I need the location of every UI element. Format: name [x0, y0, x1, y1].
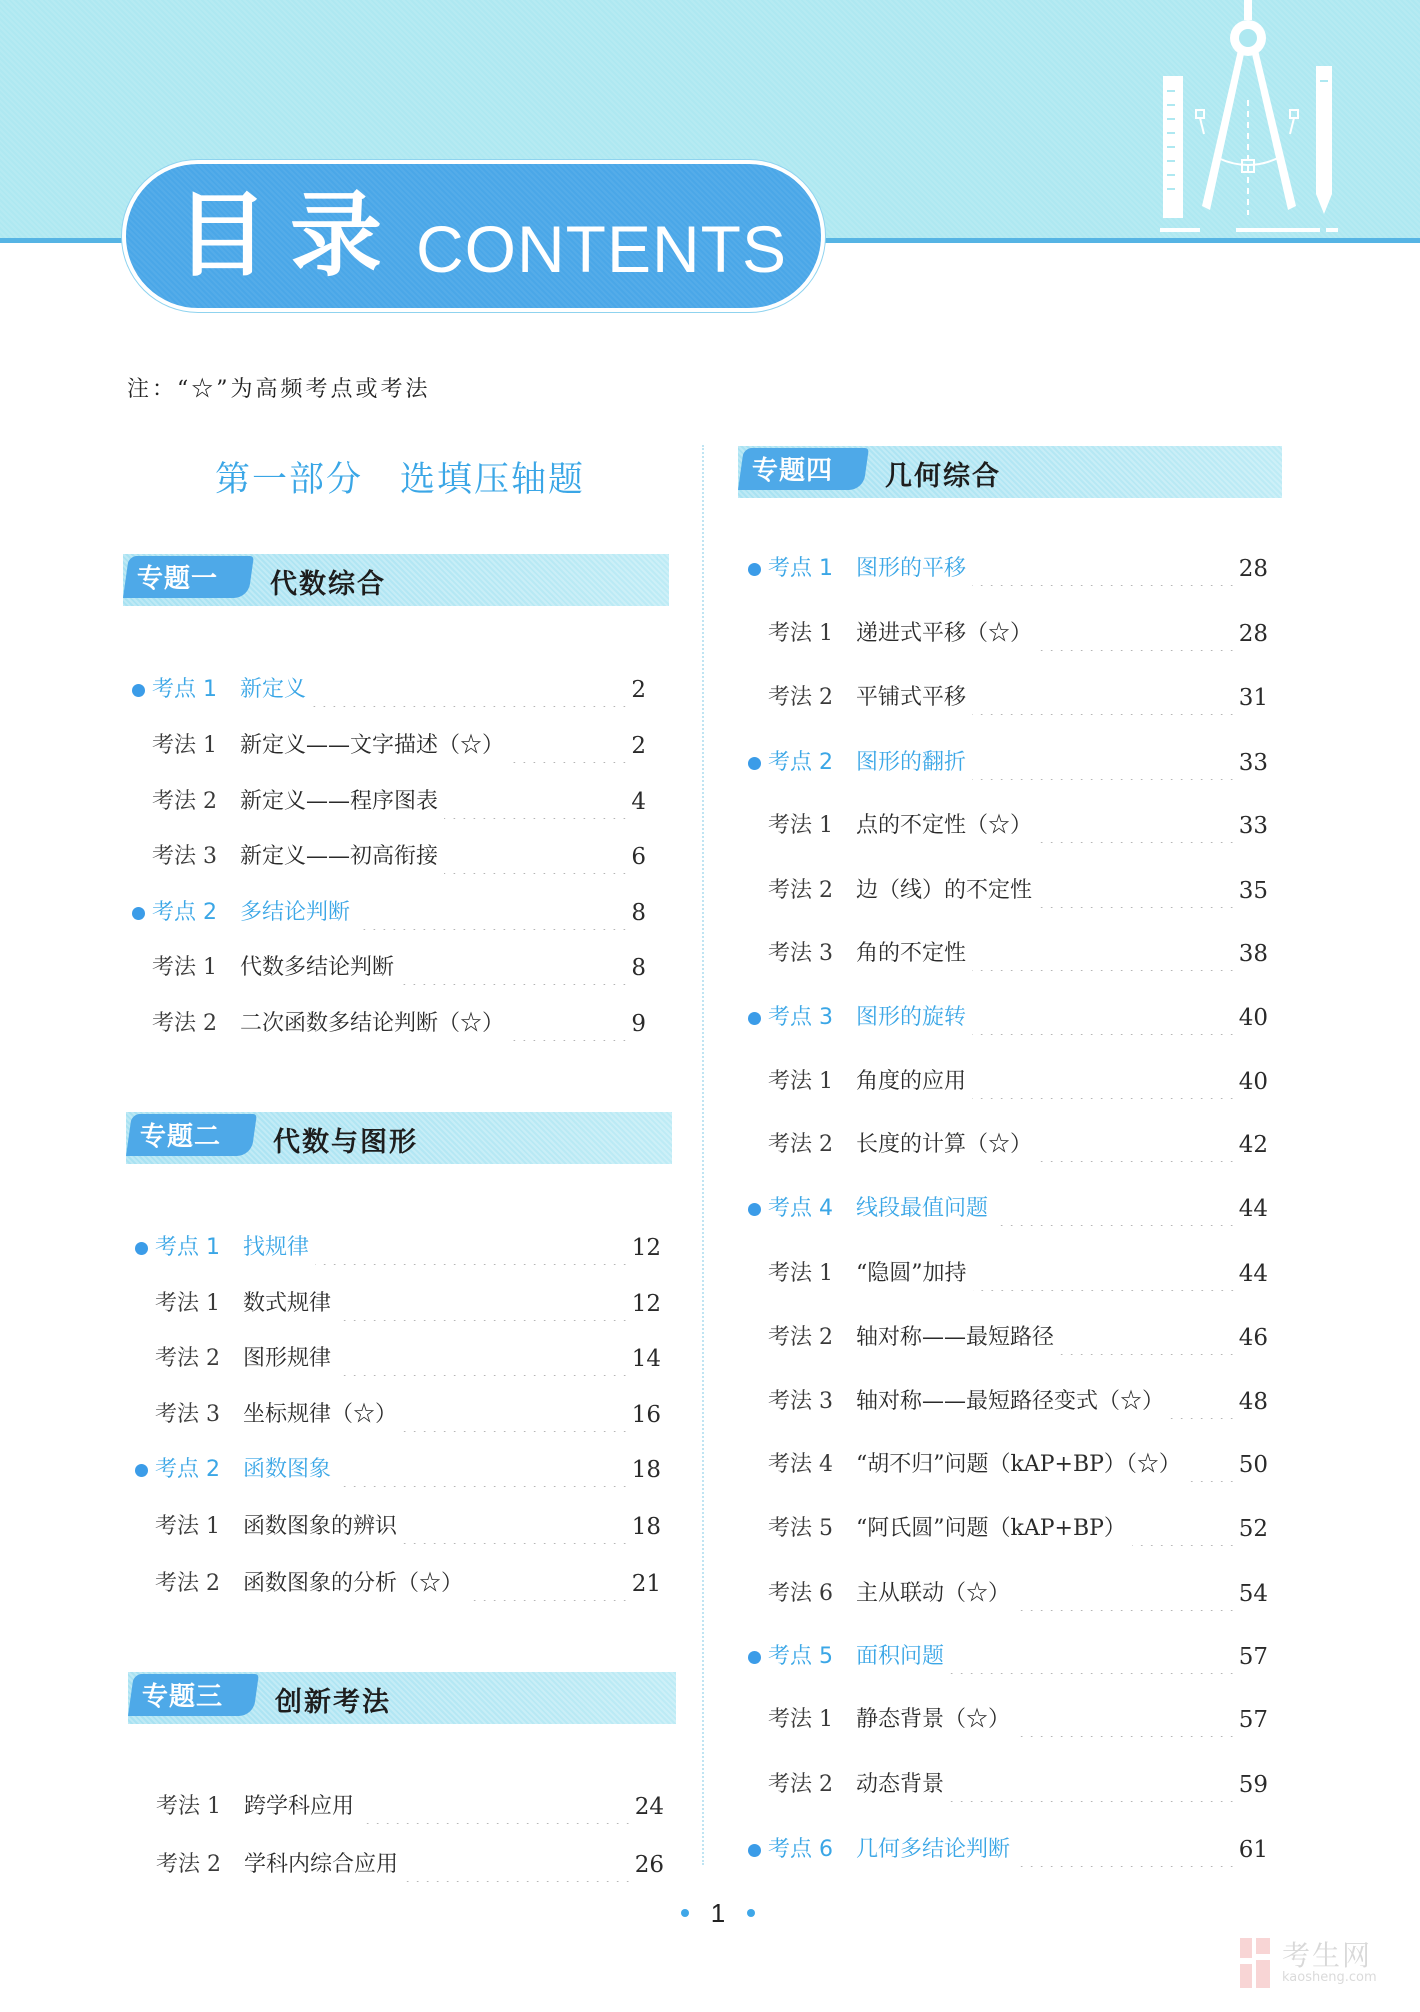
toc-entry[interactable]: 考法 1 角度的应用 40 — [768, 1065, 1268, 1099]
entry-label: 考法 2 — [152, 785, 240, 819]
toc-entry[interactable]: 考法 4 “胡不归”问题（kAP+BP）（☆） 50 — [768, 1448, 1268, 1482]
leader-dots — [972, 1001, 1237, 1035]
section-title: 代数综合 — [270, 562, 386, 601]
toc-entry[interactable]: 考点 1 新定义 2 — [152, 673, 646, 707]
leader-dots — [972, 1065, 1237, 1099]
leader-dots — [1038, 617, 1237, 651]
entry-title: 递进式平移（☆） — [856, 617, 1036, 651]
entry-page: 16 — [632, 1398, 661, 1432]
entry-page: 21 — [632, 1567, 661, 1601]
toc-entry[interactable]: 考法 3 新定义——初高衔接 6 — [152, 840, 646, 874]
leader-dots — [356, 896, 629, 930]
entry-page: 26 — [635, 1848, 664, 1882]
entry-title: 函数图象 — [243, 1453, 335, 1487]
entry-page: 44 — [1239, 1257, 1268, 1291]
entry-title: 角的不定性 — [856, 937, 970, 971]
entry-label: 考法 1 — [152, 951, 240, 985]
entry-label: 考法 2 — [768, 681, 856, 715]
entry-page: 14 — [632, 1342, 661, 1376]
leader-dots — [444, 840, 629, 874]
leader-dots — [403, 1510, 630, 1544]
leader-dots — [403, 1398, 630, 1432]
entry-page: 28 — [1239, 617, 1268, 651]
contents-title-pill: 目录 CONTENTS — [122, 160, 825, 312]
entry-page: 9 — [631, 1007, 646, 1041]
entry-label: 考法 1 — [768, 1065, 856, 1099]
entry-page: 38 — [1239, 937, 1268, 971]
entry-page: 35 — [1239, 874, 1268, 908]
entry-page: 46 — [1239, 1321, 1268, 1355]
section-header-4: 专题四 几何综合 — [738, 446, 1282, 498]
entry-title: “隐圆”加持 — [856, 1257, 971, 1291]
entry-label: 考法 3 — [768, 1385, 856, 1419]
entry-label: 考法 5 — [768, 1512, 856, 1546]
dot-icon — [747, 1909, 755, 1917]
entry-label: 考点 3 — [768, 1001, 856, 1035]
entry-page: 42 — [1239, 1128, 1268, 1162]
entry-page: 33 — [1239, 809, 1268, 843]
toc-entry[interactable]: 考法 1 “隐圆”加持 44 — [768, 1257, 1268, 1291]
toc-entry[interactable]: 考法 1 新定义——文字描述（☆） 2 — [152, 729, 646, 763]
leader-dots — [400, 951, 629, 985]
entry-label: 考法 1 — [155, 1510, 243, 1544]
entry-page: 6 — [631, 840, 646, 874]
toc-entry[interactable]: 考点 2 图形的翻折 33 — [768, 746, 1268, 780]
entry-page: 40 — [1239, 1001, 1268, 1035]
leader-dots — [1170, 1385, 1237, 1419]
entry-label: 考点 6 — [768, 1833, 856, 1867]
toc-entry[interactable]: 考法 1 点的不定性（☆） 33 — [768, 809, 1268, 843]
leader-dots — [337, 1342, 630, 1376]
entry-label: 考法 4 — [768, 1448, 856, 1482]
toc-entry[interactable]: 考点 4 线段最值问题 44 — [768, 1192, 1268, 1226]
entry-page: 50 — [1239, 1448, 1268, 1482]
entry-label: 考点 1 — [768, 552, 856, 586]
toc-entry[interactable]: 考点 6 几何多结论判断 61 — [768, 1833, 1268, 1867]
bullet-icon — [748, 1203, 761, 1216]
entry-title: “胡不归”问题（kAP+BP）（☆） — [856, 1448, 1185, 1482]
legend-note: 注：“☆”为高频考点或考法 — [127, 372, 431, 403]
bullet-icon — [748, 1844, 761, 1857]
watermark-text: 考生网 — [1282, 1934, 1372, 1974]
leader-dots — [1060, 1321, 1237, 1355]
entry-page: 28 — [1239, 552, 1268, 586]
entry-label: 考法 6 — [768, 1577, 856, 1611]
toc-entry[interactable]: 考法 2 边（线）的不定性 35 — [768, 874, 1268, 908]
leader-dots — [972, 681, 1237, 715]
entry-page: 12 — [632, 1287, 661, 1321]
entry-title: “阿氏圆”问题（kAP+BP） — [856, 1512, 1130, 1546]
toc-entry[interactable]: 考点 1 找规律 12 — [155, 1231, 661, 1265]
entry-page: 8 — [631, 896, 646, 930]
leader-dots — [1038, 809, 1237, 843]
entry-title: 静态背景（☆） — [856, 1703, 1014, 1737]
entry-title: 轴对称——最短路径变式（☆） — [856, 1385, 1168, 1419]
entry-label: 考点 1 — [155, 1231, 243, 1265]
toc-entry[interactable]: 考法 2 长度的计算（☆） 42 — [768, 1128, 1268, 1162]
leader-dots — [312, 673, 629, 707]
toc-entry[interactable]: 考法 3 角的不定性 38 — [768, 937, 1268, 971]
toc-entry[interactable]: 考法 5 “阿氏圆”问题（kAP+BP） 52 — [768, 1512, 1268, 1546]
entry-label: 考法 1 — [768, 809, 856, 843]
entry-title: 点的不定性（☆） — [856, 809, 1036, 843]
leader-dots — [1016, 1703, 1237, 1737]
entry-title: 平铺式平移 — [856, 681, 970, 715]
entry-page: 44 — [1239, 1192, 1268, 1226]
entry-label: 考点 2 — [768, 746, 856, 780]
title-cn: 目录 — [176, 186, 404, 286]
entry-page: 54 — [1239, 1577, 1268, 1611]
entry-title: 图形的平移 — [856, 552, 970, 586]
entry-label: 考法 1 — [156, 1790, 244, 1824]
section-tag: 专题四 — [752, 450, 833, 487]
title-en: CONTENTS — [416, 214, 787, 284]
bullet-icon — [748, 757, 761, 770]
entry-title: 主从联动（☆） — [856, 1577, 1014, 1611]
entry-page: 18 — [632, 1510, 661, 1544]
leader-dots — [510, 729, 629, 763]
toc-entry[interactable]: 考点 1 图形的平移 28 — [768, 552, 1268, 586]
entry-title: 动态背景 — [856, 1768, 948, 1802]
toc-entry[interactable]: 考法 2 新定义——程序图表 4 — [152, 785, 646, 819]
entry-page: 59 — [1239, 1768, 1268, 1802]
toc-entry[interactable]: 考法 2 平铺式平移 31 — [768, 681, 1268, 715]
watermark-url: kaosheng.com — [1282, 1970, 1377, 1985]
leader-dots — [315, 1231, 630, 1265]
toc-entry[interactable]: 考法 2 学科内综合应用 26 — [156, 1848, 664, 1882]
bullet-icon — [132, 684, 145, 697]
toc-entry[interactable]: 考点 5 面积问题 57 — [768, 1640, 1268, 1674]
entry-title: 函数图象的辨识 — [243, 1510, 401, 1544]
entry-label: 考法 1 — [768, 1257, 856, 1291]
entry-page: 48 — [1239, 1385, 1268, 1419]
entry-title: 边（线）的不定性 — [856, 874, 1036, 908]
leader-dots — [1187, 1448, 1237, 1482]
entry-label: 考法 1 — [768, 1703, 856, 1737]
watermark: 考生网 kaosheng.com — [1240, 1938, 1410, 2008]
leader-dots — [337, 1453, 630, 1487]
leader-dots — [360, 1790, 633, 1824]
leader-dots — [972, 552, 1237, 586]
entry-label: 考点 5 — [768, 1640, 856, 1674]
leader-dots — [404, 1848, 633, 1882]
section-title: 创新考法 — [275, 1680, 391, 1719]
toc-entry[interactable]: 考法 1 递进式平移（☆） 28 — [768, 617, 1268, 651]
section-tag: 专题二 — [140, 1116, 221, 1153]
page-number-value: 1 — [711, 1898, 725, 1929]
entry-title: 角度的应用 — [856, 1065, 970, 1099]
entry-label: 考法 2 — [152, 1007, 240, 1041]
entry-title: 面积问题 — [856, 1640, 948, 1674]
section-header-2: 专题二 代数与图形 — [126, 1112, 672, 1164]
entry-label: 考法 1 — [768, 617, 856, 651]
section-title: 几何综合 — [885, 454, 1001, 493]
entry-label: 考点 2 — [152, 896, 240, 930]
entry-label: 考点 1 — [152, 673, 240, 707]
toc-entry[interactable]: 考法 2 动态背景 59 — [768, 1768, 1268, 1802]
toc-entry[interactable]: 考法 3 轴对称——最短路径变式（☆） 48 — [768, 1385, 1268, 1419]
bullet-icon — [748, 1012, 761, 1025]
section-title: 代数与图形 — [273, 1120, 418, 1159]
leader-dots — [1038, 874, 1237, 908]
entry-page: 57 — [1239, 1703, 1268, 1737]
leader-dots — [1132, 1512, 1237, 1546]
entry-label: 考法 2 — [768, 874, 856, 908]
entry-label: 考法 1 — [155, 1287, 243, 1321]
section-header-3: 专题三 创新考法 — [128, 1672, 676, 1724]
entry-page: 12 — [632, 1231, 661, 1265]
entry-title: 数式规律 — [243, 1287, 335, 1321]
entry-page: 57 — [1239, 1640, 1268, 1674]
entry-page: 8 — [631, 951, 646, 985]
entry-title: 新定义——程序图表 — [240, 785, 442, 819]
section-header-1: 专题一 代数综合 — [123, 554, 669, 606]
toc-entry[interactable]: 考点 2 多结论判断 8 — [152, 896, 646, 930]
entry-title: 函数图象的分析（☆） — [243, 1567, 467, 1601]
entry-title: 找规律 — [243, 1231, 313, 1265]
leader-dots — [973, 1257, 1237, 1291]
leader-dots — [950, 1640, 1237, 1674]
entry-label: 考法 1 — [152, 729, 240, 763]
leader-dots — [510, 1007, 629, 1041]
toc-entry[interactable]: 考法 6 主从联动（☆） 54 — [768, 1577, 1268, 1611]
entry-title: 二次函数多结论判断（☆） — [240, 1007, 508, 1041]
entry-label: 考法 2 — [768, 1128, 856, 1162]
watermark-logo-icon — [1240, 1938, 1274, 1988]
toc-entry[interactable]: 考法 1 函数图象的辨识 18 — [155, 1510, 661, 1544]
leader-dots — [994, 1192, 1237, 1226]
entry-title: 坐标规律（☆） — [243, 1398, 401, 1432]
entry-label: 考法 2 — [768, 1321, 856, 1355]
leader-dots — [469, 1567, 630, 1601]
entry-title: 图形规律 — [243, 1342, 335, 1376]
section-tag: 专题三 — [142, 1676, 223, 1713]
entry-page: 2 — [631, 673, 646, 707]
entry-page: 4 — [631, 785, 646, 819]
entry-page: 33 — [1239, 746, 1268, 780]
page-number: 1 — [668, 1896, 768, 1930]
leader-dots — [1016, 1577, 1237, 1611]
entry-title: 跨学科应用 — [244, 1790, 358, 1824]
entry-label: 考法 2 — [768, 1768, 856, 1802]
entry-title: 长度的计算（☆） — [856, 1128, 1036, 1162]
entry-title: 图形的旋转 — [856, 1001, 970, 1035]
entry-page: 40 — [1239, 1065, 1268, 1099]
leader-dots — [1038, 1128, 1237, 1162]
entry-label: 考法 2 — [156, 1848, 244, 1882]
leader-dots — [1016, 1833, 1237, 1867]
bullet-icon — [748, 1651, 761, 1664]
entry-title: 线段最值问题 — [856, 1192, 992, 1226]
bullet-icon — [132, 907, 145, 920]
entry-page: 52 — [1239, 1512, 1268, 1546]
entry-title: 多结论判断 — [240, 896, 354, 930]
toc-entry[interactable]: 考法 2 二次函数多结论判断（☆） 9 — [152, 1007, 646, 1041]
column-divider — [702, 445, 704, 1865]
entry-page: 61 — [1239, 1833, 1268, 1867]
leader-dots — [950, 1768, 1237, 1802]
entry-label: 考点 4 — [768, 1192, 856, 1226]
leader-dots — [337, 1287, 630, 1321]
toc-entry[interactable]: 考法 2 函数图象的分析（☆） 21 — [155, 1567, 661, 1601]
part-title: 第一部分 选填压轴题 — [100, 452, 700, 502]
entry-title: 几何多结论判断 — [856, 1833, 1014, 1867]
toc-entry[interactable]: 考法 3 坐标规律（☆） 16 — [155, 1398, 661, 1432]
leader-dots — [972, 937, 1237, 971]
toc-entry[interactable]: 考法 1 数式规律 12 — [155, 1287, 661, 1321]
toc-entry[interactable]: 考法 2 轴对称——最短路径 46 — [768, 1321, 1268, 1355]
entry-label: 考法 3 — [155, 1398, 243, 1432]
entry-label: 考法 2 — [155, 1342, 243, 1376]
entry-label: 考法 3 — [768, 937, 856, 971]
toc-entry[interactable]: 考法 1 静态背景（☆） 57 — [768, 1703, 1268, 1737]
toc-entry[interactable]: 考法 2 图形规律 14 — [155, 1342, 661, 1376]
bullet-icon — [748, 563, 761, 576]
entry-title: 新定义——文字描述（☆） — [240, 729, 508, 763]
entry-title: 轴对称——最短路径 — [856, 1321, 1058, 1355]
entry-page: 2 — [631, 729, 646, 763]
toc-entry[interactable]: 考法 1 代数多结论判断 8 — [152, 951, 646, 985]
compass-ruler-pencil-icon — [1140, 0, 1340, 238]
entry-label: 考法 3 — [152, 840, 240, 874]
entry-title: 新定义——初高衔接 — [240, 840, 442, 874]
entry-label: 考点 2 — [155, 1453, 243, 1487]
dot-icon — [681, 1909, 689, 1917]
section-tag: 专题一 — [137, 558, 218, 595]
leader-dots — [972, 746, 1237, 780]
bullet-icon — [135, 1242, 148, 1255]
entry-title: 学科内综合应用 — [244, 1848, 402, 1882]
toc-entry[interactable]: 考法 1 跨学科应用 24 — [156, 1790, 664, 1824]
entry-page: 18 — [632, 1453, 661, 1487]
bullet-icon — [135, 1464, 148, 1477]
entry-page: 31 — [1239, 681, 1268, 715]
entry-title: 新定义 — [240, 673, 310, 707]
toc-entry[interactable]: 考点 3 图形的旋转 40 — [768, 1001, 1268, 1035]
entry-label: 考法 2 — [155, 1567, 243, 1601]
toc-entry[interactable]: 考点 2 函数图象 18 — [155, 1453, 661, 1487]
entry-page: 24 — [635, 1790, 664, 1824]
entry-title: 代数多结论判断 — [240, 951, 398, 985]
entry-title: 图形的翻折 — [856, 746, 970, 780]
leader-dots — [444, 785, 629, 819]
